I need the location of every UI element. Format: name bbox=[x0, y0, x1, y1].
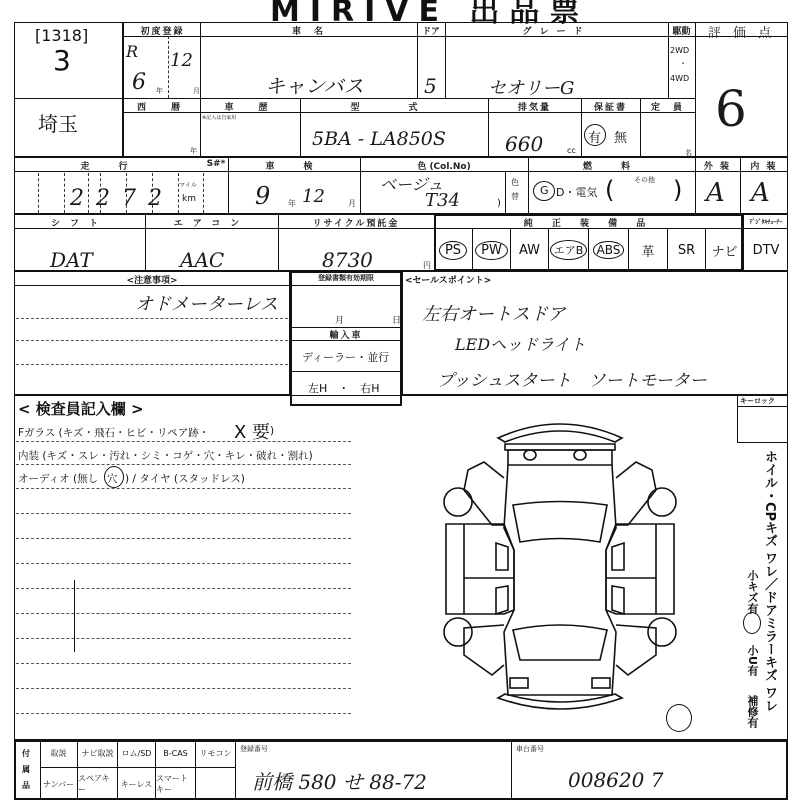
ac-value: AAC bbox=[180, 248, 224, 272]
recycle-unit: 円 bbox=[423, 260, 431, 271]
chassis-label: 車台番号 bbox=[516, 744, 544, 754]
car-name-value: キャンバス bbox=[265, 70, 364, 99]
spare-tire-icon[interactable] bbox=[666, 704, 692, 732]
inspector-label: < 検査員記入欄 > bbox=[18, 398, 144, 419]
first-reg-year: 6 bbox=[132, 70, 146, 95]
sales-point-1: 左右オートスドア bbox=[422, 300, 565, 326]
mileage-unit-km[interactable]: km bbox=[182, 194, 196, 204]
drive-dot: ・ bbox=[679, 58, 687, 69]
fuel-other-close: ) bbox=[673, 176, 682, 204]
acc-rom-sd[interactable]: ロム/SD bbox=[118, 740, 156, 768]
equip-aw-label: AW bbox=[519, 243, 540, 258]
glass-close: ) bbox=[270, 425, 274, 437]
shift-label: シフト bbox=[14, 216, 145, 229]
western-year-unit: 年 bbox=[190, 146, 197, 156]
equipment-list: PS PW AW エアB ABS 革 SR ナビ DTV bbox=[434, 229, 788, 271]
fuel-label: 燃 料 bbox=[528, 159, 695, 172]
model-label: 型 式 bbox=[300, 100, 488, 113]
acc-smart-key[interactable]: スマートキー bbox=[156, 768, 196, 800]
drive-2wd[interactable]: 2WD bbox=[670, 46, 689, 55]
color-label: 色 (Col.No) bbox=[360, 159, 528, 172]
interior-label: 内 装 bbox=[740, 159, 788, 172]
import-dealer[interactable]: ディーラー・並行 bbox=[302, 349, 389, 365]
history-note: ※記入は自家用 bbox=[202, 114, 236, 121]
car-diagram-icon[interactable] bbox=[440, 410, 680, 730]
drive-4wd[interactable]: 4WD bbox=[670, 74, 689, 83]
fuel-gas[interactable]: G bbox=[540, 184, 549, 197]
key-lock-label: キーロック bbox=[740, 396, 775, 406]
displacement-value: 660 bbox=[505, 132, 543, 156]
fuel-other-label[interactable]: その他 bbox=[634, 175, 655, 185]
side-small-scratch: 小キズ有 bbox=[745, 570, 759, 614]
side-small-dent: 小U有 bbox=[745, 645, 759, 676]
mileage-unit-mile[interactable]: マイル bbox=[179, 180, 197, 189]
equip-sunroof[interactable]: SR bbox=[667, 229, 705, 271]
equip-navi[interactable]: ナビ bbox=[705, 229, 743, 271]
warranty-no[interactable]: 無 bbox=[614, 127, 627, 146]
capacity-label: 定 員 bbox=[640, 100, 695, 113]
grade-value: セオリーG bbox=[488, 74, 574, 100]
side-note: ホイル・CPキズ ワレ／ドアミラーキズ ワレ bbox=[762, 450, 776, 712]
sales-label: <セールスポイント> bbox=[405, 273, 491, 286]
shift-code-label: S#* bbox=[204, 159, 228, 169]
month-unit: 月 bbox=[193, 86, 200, 96]
first-reg-era: R bbox=[126, 42, 138, 61]
acc-navi-manual[interactable]: ナビ取説 bbox=[78, 740, 118, 768]
exterior-label: 外 装 bbox=[695, 159, 740, 172]
equip-abs-label: ABS bbox=[593, 241, 625, 259]
equip-leather[interactable]: 革 bbox=[628, 229, 667, 271]
acc-remote[interactable]: リモコン bbox=[196, 740, 236, 768]
mileage-label: 走 行 bbox=[14, 159, 204, 172]
acc-spare-key[interactable]: スペアキー bbox=[78, 768, 118, 800]
sales-point-2: LEDヘッドライト bbox=[455, 332, 586, 355]
accessories-label: 付属品 bbox=[22, 746, 32, 794]
score-label: 評 価 点 bbox=[695, 22, 788, 41]
audio-circled-value: 穴 bbox=[107, 471, 118, 486]
doc-month: 月 bbox=[335, 313, 344, 326]
western-year-label: 西 暦 bbox=[125, 100, 200, 113]
displacement-unit: cc bbox=[567, 146, 576, 155]
lot-code: [1318] bbox=[35, 26, 88, 45]
equip-airbag[interactable]: エアB bbox=[548, 229, 588, 271]
audio-line-a: オーディオ (無し bbox=[18, 471, 98, 486]
acc-manual[interactable]: 取説 bbox=[40, 740, 78, 768]
doc-expiry-label: 登録書類有効期限 bbox=[290, 273, 402, 283]
car-name-label: 車 名 bbox=[200, 24, 417, 37]
color-change-label: 色替 bbox=[511, 176, 521, 204]
equip-airbag-label: エアB bbox=[550, 240, 588, 260]
drive-label: 駆動 bbox=[668, 24, 695, 37]
inspection-year: 9 bbox=[255, 182, 270, 210]
region: 埼玉 bbox=[38, 108, 78, 137]
exterior-grade: A bbox=[706, 178, 725, 208]
color-close-paren: ) bbox=[497, 198, 501, 209]
fuel-other-open: ( bbox=[605, 176, 614, 204]
caution-text: オドメーターレス bbox=[135, 290, 278, 316]
acc-number-plate[interactable]: ナンバー bbox=[40, 768, 78, 800]
warranty-yes[interactable]: 有 bbox=[588, 127, 601, 146]
glass-line: Fガラス (キズ・飛石・ヒビ・リペア跡・ bbox=[18, 425, 209, 440]
acc-keyless[interactable]: キーレス bbox=[118, 768, 156, 800]
grade-label: グレード bbox=[445, 24, 668, 37]
recycle-value: 8730 bbox=[322, 248, 373, 272]
year-unit: 年 bbox=[156, 86, 163, 96]
model-value: 5BA - LA850S bbox=[312, 128, 446, 150]
fuel-diesel-electric[interactable]: D・電気 bbox=[556, 184, 597, 200]
score-value: 6 bbox=[715, 80, 747, 138]
inspection-label: 車 検 bbox=[228, 159, 360, 172]
equip-dtv[interactable]: DTV bbox=[743, 229, 788, 271]
displacement-label: 排気量 bbox=[488, 100, 581, 113]
equip-pw[interactable]: PW bbox=[472, 229, 510, 271]
side-small-repair: 補修有 bbox=[745, 695, 759, 728]
first-reg-label: 初度登録 bbox=[125, 24, 200, 37]
shift-value: DAT bbox=[50, 248, 93, 272]
acc-bcas[interactable]: B-CAS bbox=[156, 740, 196, 768]
audio-line-b: ) / タイヤ (スタッドレス) bbox=[125, 471, 245, 486]
mileage-value: 2272 bbox=[70, 186, 174, 211]
acc-empty bbox=[196, 768, 236, 800]
first-reg-month: 12 bbox=[170, 50, 193, 71]
equip-ps-label: PS bbox=[439, 241, 467, 260]
inspection-month-unit: 月 bbox=[348, 198, 356, 209]
reg-number: 前橋 580 せ 88-72 bbox=[252, 766, 427, 795]
accessory-grid: 取説 ナビ取説 ロム/SD B-CAS リモコン ナンバー スペアキー キーレス… bbox=[40, 740, 236, 800]
equip-navi-label: ナビ bbox=[711, 241, 737, 260]
equip-abs[interactable]: ABS bbox=[588, 229, 628, 271]
hand-mark bbox=[74, 580, 75, 652]
equip-aw[interactable]: AW bbox=[510, 229, 548, 271]
ac-label: エアコン bbox=[145, 216, 278, 229]
doors-label: ドア bbox=[417, 24, 445, 37]
caution-label: <注意事項> bbox=[14, 273, 290, 286]
history-label: 車 歴 bbox=[200, 100, 300, 113]
warranty-label: 保証書 bbox=[581, 100, 640, 113]
interior-line: 内装 (キズ・スレ・汚れ・シミ・コゲ・穴・キレ・破れ・割れ) bbox=[18, 448, 313, 463]
equip-ps[interactable]: PS bbox=[434, 229, 472, 271]
doc-day: 日 bbox=[392, 313, 401, 326]
sales-point-3: プッシュスタート ソートモーター bbox=[437, 366, 707, 391]
tuner-label: ﾃﾞｼﾞﾀﾙﾁｭｰﾅｰ bbox=[744, 217, 788, 226]
equip-leather-label: 革 bbox=[641, 241, 654, 260]
interior-grade: A bbox=[751, 178, 770, 208]
equipment-label: 純 正 装 備 品 bbox=[434, 216, 743, 229]
chassis-number: 008620 7 bbox=[568, 768, 663, 792]
equip-pw-label: PW bbox=[475, 241, 508, 260]
inspection-year-unit: 年 bbox=[288, 198, 296, 209]
reg-number-label: 登録番号 bbox=[240, 744, 268, 754]
import-handle[interactable]: 左H ・ 右H bbox=[308, 380, 380, 396]
doors-value: 5 bbox=[424, 74, 437, 98]
inspection-month: 12 bbox=[302, 186, 325, 207]
side-small-circle bbox=[743, 612, 761, 634]
color-code: T34 bbox=[425, 190, 460, 211]
vehicle-info-grid bbox=[123, 22, 788, 157]
recycle-label: リサイクル預託金 bbox=[278, 216, 434, 229]
lot-number: 3 bbox=[53, 44, 71, 77]
equip-dtv-label: DTV bbox=[753, 243, 780, 258]
equip-sunroof-label: SR bbox=[678, 243, 695, 258]
